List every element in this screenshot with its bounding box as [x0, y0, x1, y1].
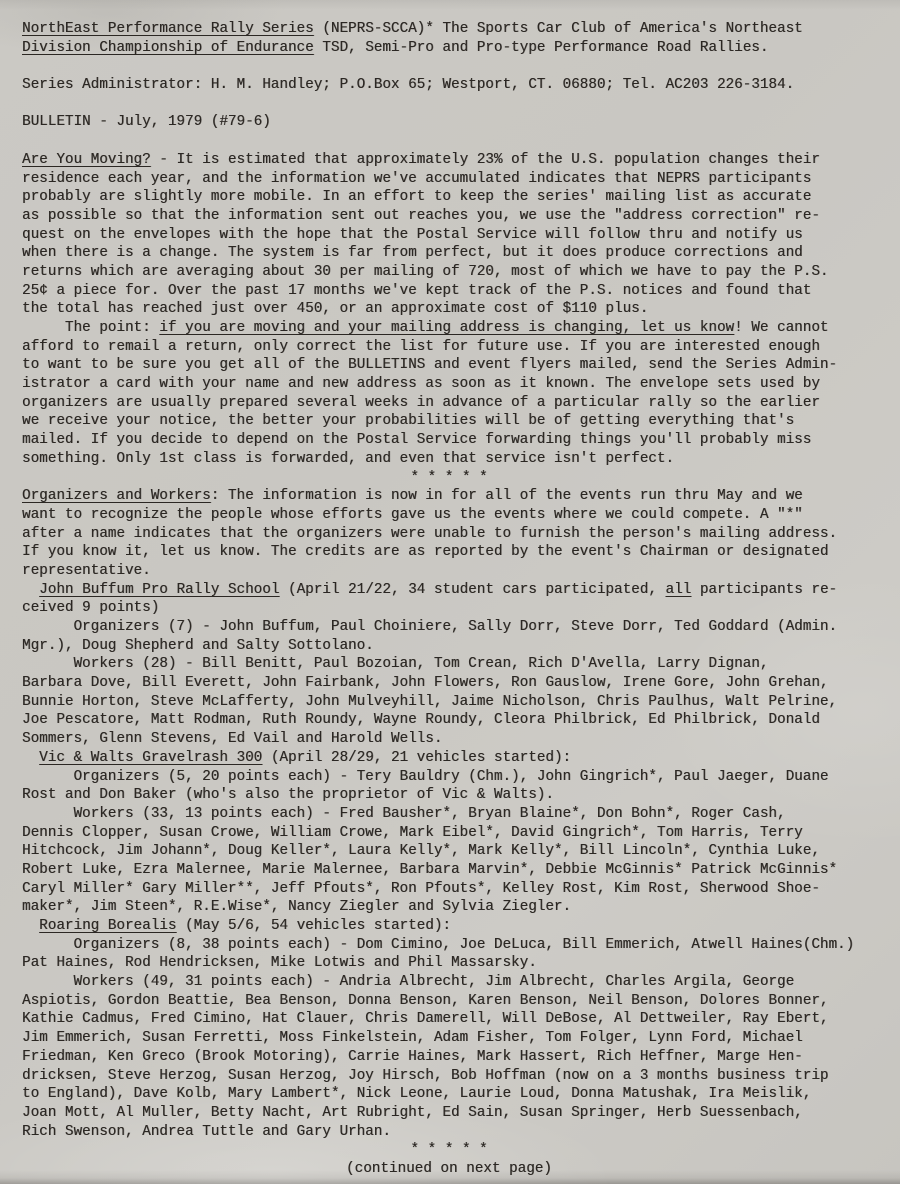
- text-line: Vic & Walts Gravelrash 300 (April 28/29,…: [22, 749, 876, 768]
- text-line: NorthEast Performance Rally Series (NEPR…: [22, 20, 876, 39]
- text-line: Workers (33, 13 points each) - Fred Baus…: [22, 805, 876, 824]
- underlined-text-segment: John Buffum Pro Rally School: [39, 582, 279, 598]
- text-line: (continued on next page): [22, 1160, 876, 1179]
- text-segment: Series Administrator: H. M. Handley; P.O…: [22, 77, 794, 93]
- text-segment: residence each year, and the information…: [22, 171, 811, 187]
- text-line: Friedman, Ken Greco (Brook Motoring), Ca…: [22, 1048, 876, 1067]
- text-segment: ! We cannot: [734, 320, 828, 336]
- text-line: Mgr.), Doug Shepherd and Salty Sottolano…: [22, 637, 876, 656]
- text-line: when there is a change. The system is fa…: [22, 244, 876, 263]
- text-line: * * * * *: [22, 1141, 876, 1160]
- text-segment: returns which are averaging about 30 per…: [22, 264, 828, 280]
- text-segment: (May 5/6, 54 vehicles started):: [176, 918, 451, 934]
- text-segment: The point:: [22, 320, 159, 336]
- document-lines: NorthEast Performance Rally Series (NEPR…: [22, 20, 876, 1179]
- text-line: representative.: [22, 562, 876, 581]
- text-segment: Rost and Don Baker (who's also the propr…: [22, 787, 554, 803]
- bulletin-page: NorthEast Performance Rally Series (NEPR…: [0, 0, 900, 1184]
- text-line: Organizers (8, 38 points each) - Dom Cim…: [22, 936, 876, 955]
- text-segment: representative.: [22, 563, 151, 579]
- text-segment: Barbara Dove, Bill Everett, John Fairban…: [22, 675, 828, 691]
- text-line: Aspiotis, Gordon Beattie, Bea Benson, Do…: [22, 992, 876, 1011]
- text-line: to want to be sure you get all of the BU…: [22, 356, 876, 375]
- text-segment: [22, 582, 39, 598]
- text-line: dricksen, Steve Herzog, Susan Herzog, Jo…: [22, 1067, 876, 1086]
- text-line: Jim Emmerich, Susan Ferretti, Moss Finke…: [22, 1029, 876, 1048]
- text-line: Joe Pescatore, Matt Rodman, Ruth Roundy,…: [22, 711, 876, 730]
- text-segment: Workers (33, 13 points each) - Fred Baus…: [22, 806, 786, 822]
- text-line: Caryl Miller* Gary Miller**, Jeff Pfouts…: [22, 880, 876, 899]
- text-line: the total has reached just over 450, or …: [22, 300, 876, 319]
- text-line: as possible so that the information sent…: [22, 207, 876, 226]
- text-segment: want to recognize the people whose effor…: [22, 507, 803, 523]
- text-line: [22, 95, 876, 114]
- text-segment: ceived 9 points): [22, 600, 159, 616]
- text-line: Are You Moving? - It is estimated that a…: [22, 151, 876, 170]
- text-line: mailed. If you decide to depend on the P…: [22, 431, 876, 450]
- text-line: Division Championship of Endurance TSD, …: [22, 39, 876, 58]
- text-line: istrator a card with your name and new a…: [22, 375, 876, 394]
- underlined-text-segment: if you are moving and your mailing addre…: [159, 320, 734, 336]
- text-line: returns which are averaging about 30 per…: [22, 263, 876, 282]
- text-line: maker*, Jim Steen*, R.E.Wise*, Nancy Zie…: [22, 898, 876, 917]
- text-line: Rich Swenson, Andrea Tuttle and Gary Urh…: [22, 1123, 876, 1142]
- text-segment: Robert Luke, Ezra Malernee, Marie Malern…: [22, 862, 837, 878]
- text-segment: (April 21/22, 34 student cars participat…: [279, 582, 665, 598]
- text-segment: organizers are usually prepared several …: [22, 395, 820, 411]
- text-segment: Bunnie Horton, Steve McLafferty, John Mu…: [22, 694, 837, 710]
- text-segment: Joe Pescatore, Matt Rodman, Ruth Roundy,…: [22, 712, 820, 728]
- text-segment: Rich Swenson, Andrea Tuttle and Gary Urh…: [22, 1124, 391, 1140]
- text-segment: when there is a change. The system is fa…: [22, 245, 803, 261]
- text-segment: : The information is now in for all of t…: [211, 488, 803, 504]
- text-line: we receive your notice, the better your …: [22, 412, 876, 431]
- text-segment: * * * * *: [410, 470, 487, 486]
- text-segment: Joan Mott, Al Muller, Betty Nacht, Art R…: [22, 1105, 803, 1121]
- text-segment: quest on the envelopes with the hope tha…: [22, 227, 803, 243]
- text-segment: Mgr.), Doug Shepherd and Salty Sottolano…: [22, 638, 374, 654]
- text-segment: Caryl Miller* Gary Miller**, Jeff Pfouts…: [22, 881, 820, 897]
- text-line: ceived 9 points): [22, 599, 876, 618]
- text-segment: after a name indicates that the organize…: [22, 526, 837, 542]
- text-segment: Hitchcock, Jim Johann*, Doug Keller*, La…: [22, 843, 820, 859]
- text-segment: TSD, Semi-Pro and Pro-type Performance R…: [314, 40, 769, 56]
- text-line: after a name indicates that the organize…: [22, 525, 876, 544]
- text-line: Kathie Cadmus, Fred Cimino, Hat Clauer, …: [22, 1010, 876, 1029]
- text-segment: (April 28/29, 21 vehicles started):: [262, 750, 571, 766]
- text-line: If you know it, let us know. The credits…: [22, 543, 876, 562]
- text-line: [22, 132, 876, 151]
- text-line: BULLETIN - July, 1979 (#79-6): [22, 113, 876, 132]
- text-line: Pat Haines, Rod Hendricksen, Mike Lotwis…: [22, 954, 876, 973]
- text-line: 25¢ a piece for. Over the past 17 months…: [22, 282, 876, 301]
- underlined-text-segment: Vic & Walts Gravelrash 300: [39, 750, 262, 766]
- text-segment: Aspiotis, Gordon Beattie, Bea Benson, Do…: [22, 993, 828, 1009]
- text-segment: * * * * *: [410, 1142, 487, 1158]
- text-line: Roaring Borealis (May 5/6, 54 vehicles s…: [22, 917, 876, 936]
- text-line: [22, 57, 876, 76]
- text-segment: mailed. If you decide to depend on the P…: [22, 432, 811, 448]
- text-segment: If you know it, let us know. The credits…: [22, 544, 828, 560]
- text-segment: istrator a card with your name and new a…: [22, 376, 820, 392]
- text-segment: Organizers (7) - John Buffum, Paul Choin…: [22, 619, 837, 635]
- text-segment: the total has reached just over 450, or …: [22, 301, 648, 317]
- text-segment: maker*, Jim Steen*, R.E.Wise*, Nancy Zie…: [22, 899, 571, 915]
- underlined-text-segment: Roaring Borealis: [39, 918, 176, 934]
- text-segment: [22, 918, 39, 934]
- text-segment: Dennis Clopper, Susan Crowe, William Cro…: [22, 825, 803, 841]
- text-segment: dricksen, Steve Herzog, Susan Herzog, Jo…: [22, 1068, 828, 1084]
- text-line: Joan Mott, Al Muller, Betty Nacht, Art R…: [22, 1104, 876, 1123]
- text-segment: (NEPRS-SCCA)* The Sports Car Club of Ame…: [314, 21, 803, 37]
- text-segment: 25¢ a piece for. Over the past 17 months…: [22, 283, 811, 299]
- text-line: Workers (28) - Bill Benitt, Paul Bozoian…: [22, 655, 876, 674]
- text-line: Barbara Dove, Bill Everett, John Fairban…: [22, 674, 876, 693]
- text-segment: to want to be sure you get all of the BU…: [22, 357, 837, 373]
- underlined-text-segment: Are You Moving?: [22, 152, 151, 168]
- text-segment: Workers (28) - Bill Benitt, Paul Bozoian…: [22, 656, 768, 672]
- text-segment: Kathie Cadmus, Fred Cimino, Hat Clauer, …: [22, 1011, 828, 1027]
- text-segment: BULLETIN - July, 1979 (#79-6): [22, 114, 271, 130]
- text-line: * * * * *: [22, 469, 876, 488]
- text-line: Organizers (7) - John Buffum, Paul Choin…: [22, 618, 876, 637]
- text-line: Dennis Clopper, Susan Crowe, William Cro…: [22, 824, 876, 843]
- text-line: Workers (49, 31 points each) - Andria Al…: [22, 973, 876, 992]
- text-segment: we receive your notice, the better your …: [22, 413, 794, 429]
- text-line: Bunnie Horton, Steve McLafferty, John Mu…: [22, 693, 876, 712]
- text-segment: afford to remail a return, only correct …: [22, 339, 820, 355]
- text-line: The point: if you are moving and your ma…: [22, 319, 876, 338]
- text-segment: (continued on next page): [346, 1161, 552, 1177]
- text-segment: Organizers (8, 38 points each) - Dom Cim…: [22, 937, 854, 953]
- text-line: something. Only 1st class is forwarded, …: [22, 450, 876, 469]
- text-line: John Buffum Pro Rally School (April 21/2…: [22, 581, 876, 600]
- underlined-text-segment: all: [666, 582, 692, 598]
- text-line: quest on the envelopes with the hope tha…: [22, 226, 876, 245]
- text-segment: probably are slightly more mobile. In an…: [22, 189, 811, 205]
- underlined-text-segment: Organizers and Workers: [22, 488, 211, 504]
- text-segment: Organizers (5, 20 points each) - Tery Ba…: [22, 769, 828, 785]
- text-segment: participants re-: [691, 582, 837, 598]
- text-segment: Sommers, Glenn Stevens, Ed Vail and Haro…: [22, 731, 442, 747]
- text-line: Hitchcock, Jim Johann*, Doug Keller*, La…: [22, 842, 876, 861]
- text-line: organizers are usually prepared several …: [22, 394, 876, 413]
- text-line: Organizers (5, 20 points each) - Tery Ba…: [22, 768, 876, 787]
- underlined-text-segment: Division Championship of Endurance: [22, 40, 314, 56]
- text-segment: Jim Emmerich, Susan Ferretti, Moss Finke…: [22, 1030, 803, 1046]
- text-line: Rost and Don Baker (who's also the propr…: [22, 786, 876, 805]
- text-segment: - It is estimated that approximately 23%…: [151, 152, 820, 168]
- text-segment: to England), Dave Kolb, Mary Lambert*, N…: [22, 1086, 811, 1102]
- text-segment: something. Only 1st class is forwarded, …: [22, 451, 674, 467]
- text-line: to England), Dave Kolb, Mary Lambert*, N…: [22, 1085, 876, 1104]
- underlined-text-segment: NorthEast Performance Rally Series: [22, 21, 314, 37]
- text-line: Organizers and Workers: The information …: [22, 487, 876, 506]
- text-line: residence each year, and the information…: [22, 170, 876, 189]
- text-line: Series Administrator: H. M. Handley; P.O…: [22, 76, 876, 95]
- text-segment: [22, 750, 39, 766]
- text-line: afford to remail a return, only correct …: [22, 338, 876, 357]
- text-line: Robert Luke, Ezra Malernee, Marie Malern…: [22, 861, 876, 880]
- text-segment: Friedman, Ken Greco (Brook Motoring), Ca…: [22, 1049, 803, 1065]
- text-line: want to recognize the people whose effor…: [22, 506, 876, 525]
- text-line: probably are slightly more mobile. In an…: [22, 188, 876, 207]
- text-segment: as possible so that the information sent…: [22, 208, 820, 224]
- text-segment: Pat Haines, Rod Hendricksen, Mike Lotwis…: [22, 955, 537, 971]
- text-line: Sommers, Glenn Stevens, Ed Vail and Haro…: [22, 730, 876, 749]
- text-segment: Workers (49, 31 points each) - Andria Al…: [22, 974, 794, 990]
